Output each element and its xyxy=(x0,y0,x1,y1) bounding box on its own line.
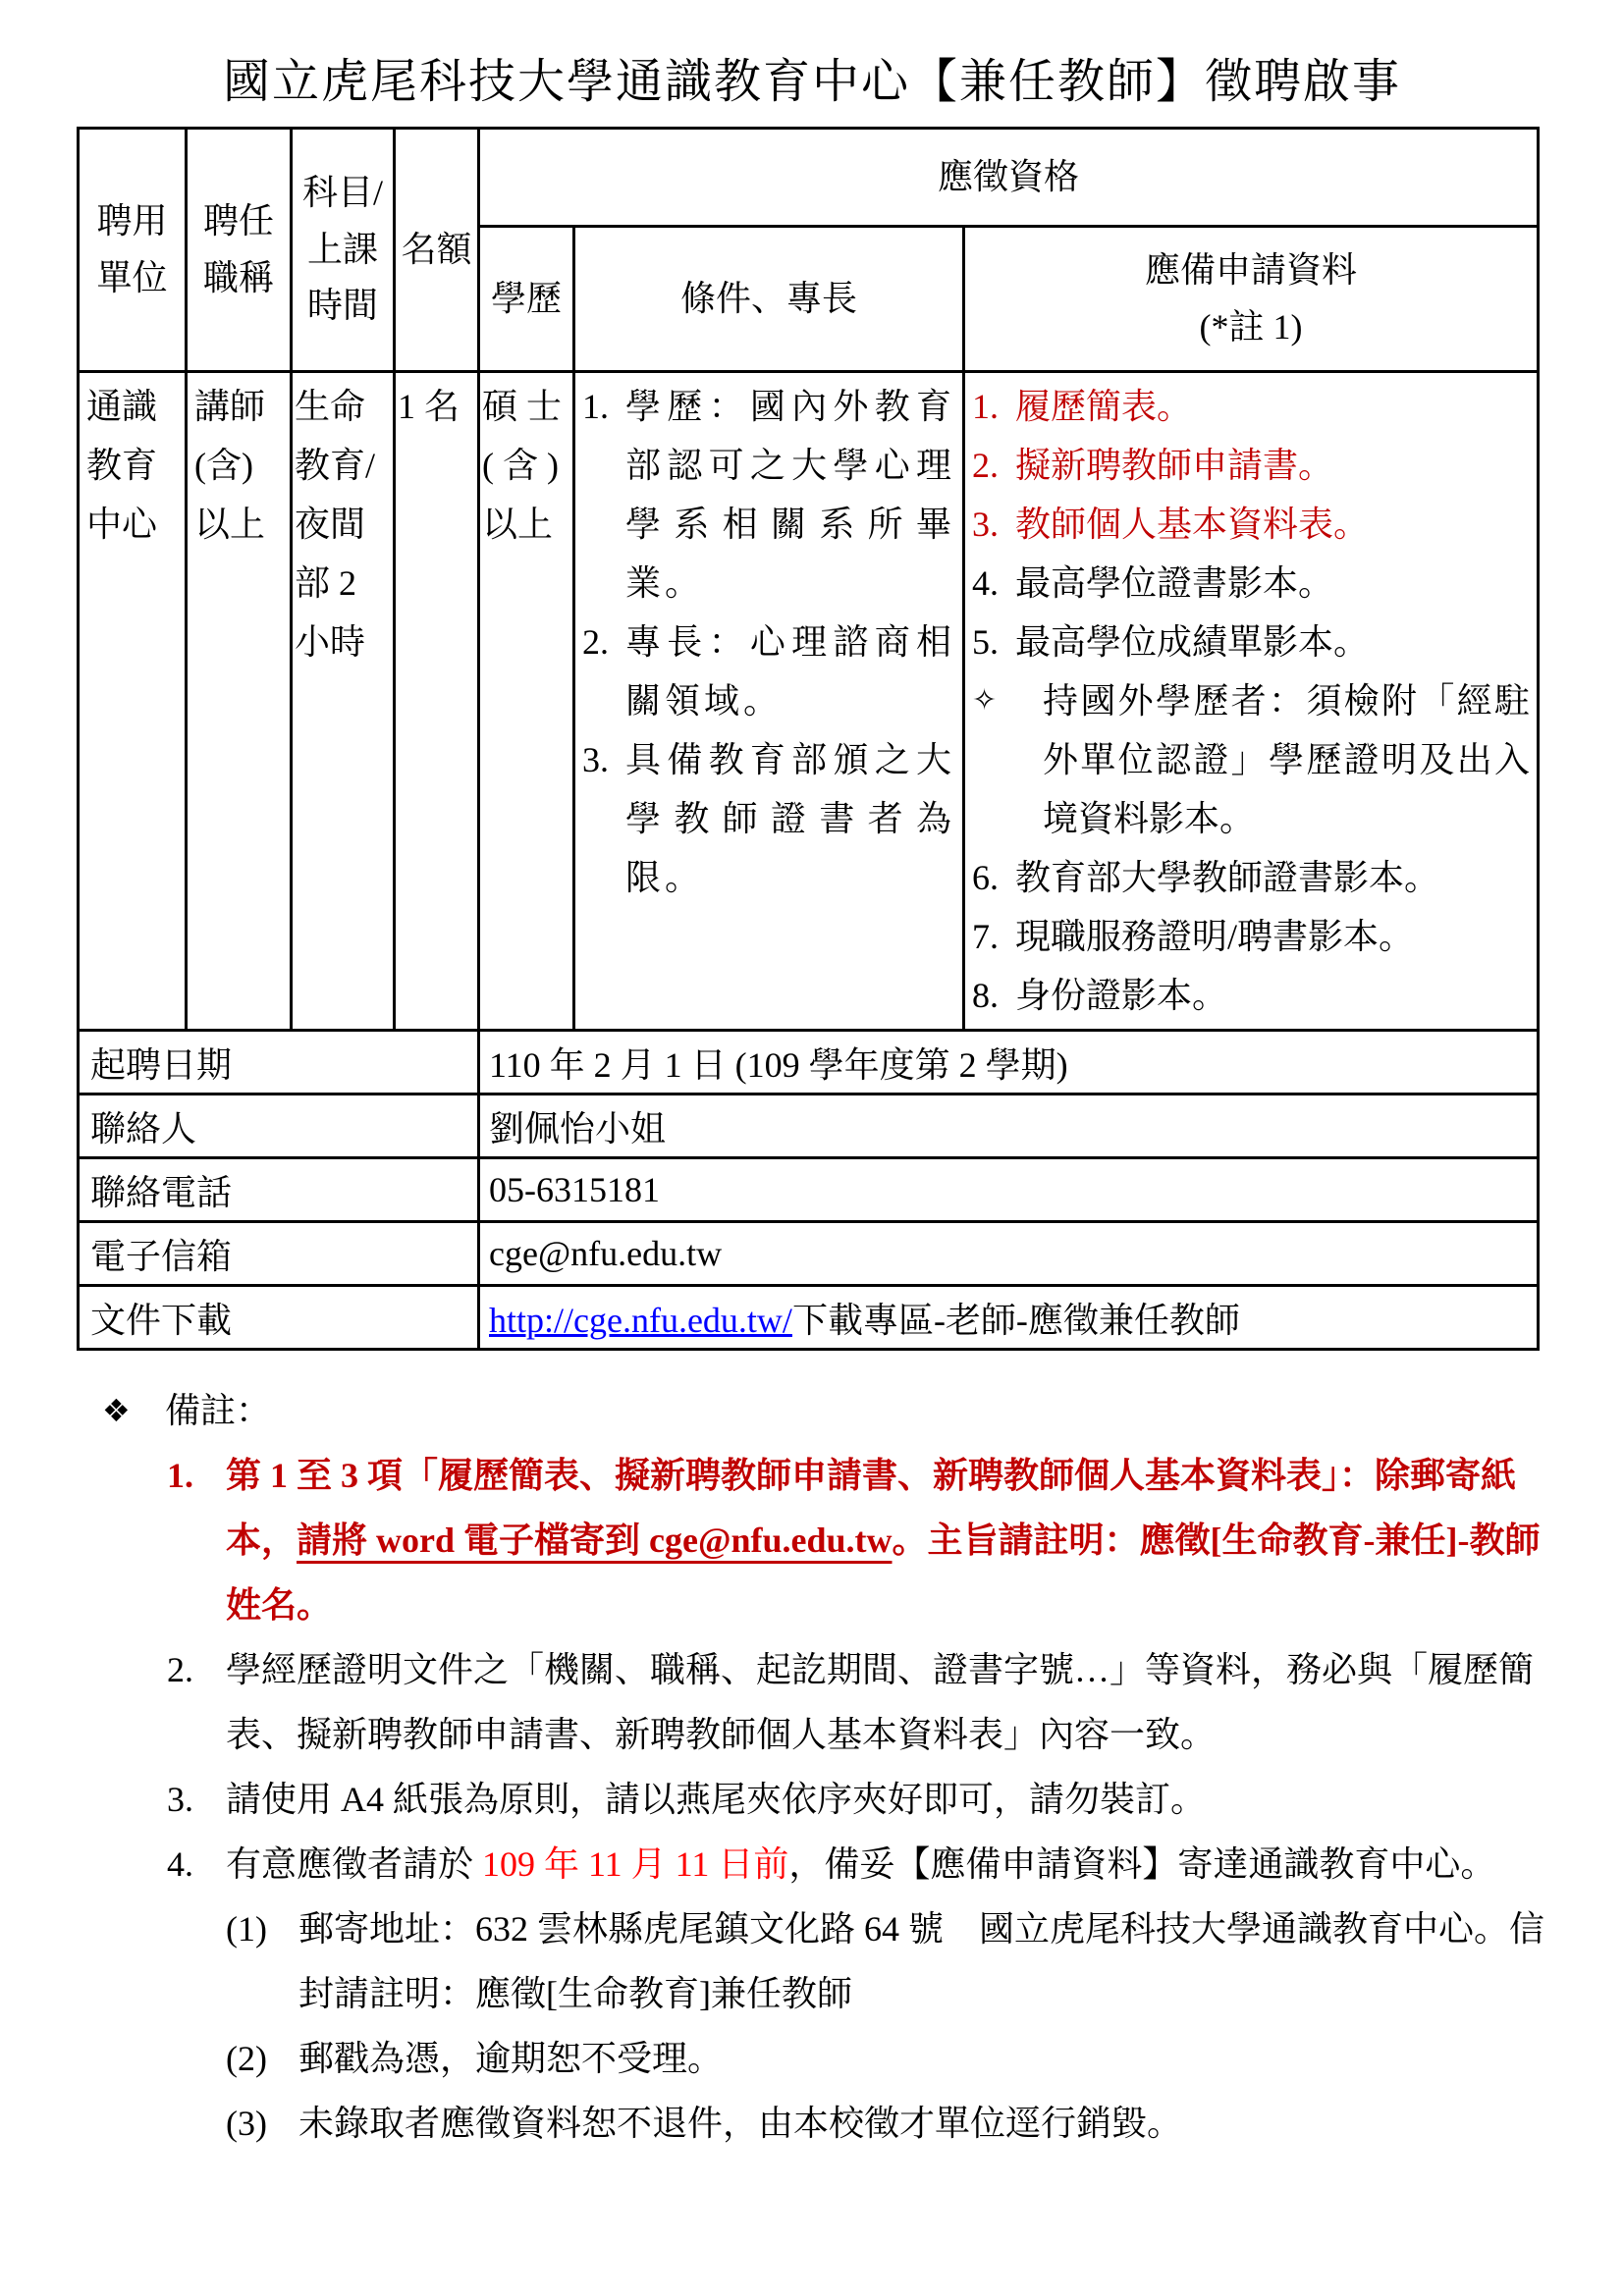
note-segment-deadline: 109 年 11 月 11 日前 xyxy=(482,1844,788,1884)
header-position-title: 聘任 職稱 xyxy=(187,129,292,372)
note-text: 學經歷證明文件之「機關、職稱、起訖期間、證書字號…」等資料，務必與「履歷簡表、擬… xyxy=(226,1637,1553,1767)
document-item: 8. 身份證影本。 xyxy=(972,966,1530,1025)
condition-text: 專長：心理諮商相關領域。 xyxy=(625,613,955,730)
note-text: 有意應徵者請於 109 年 11 月 11 日前，備妥【應備申請資料】寄達通識教… xyxy=(226,1832,1553,1896)
vacancy-row: 通識 教育 中心 講師 (含) 以上 生命 教育/ 夜間 部 2 小時 1 名 … xyxy=(79,372,1539,1031)
condition-item: 1. 學歷：國內外教育部認可之大學心理學系相關系所畢業。 xyxy=(582,377,955,613)
note-segment-underlined-email: 請將 word 電子檔寄到 cge@nfu.edu.tw xyxy=(297,1521,892,1560)
subnote-text: 郵寄地址：632 雲林縣虎尾鎮文化路 64 號 國立虎尾科技大學通識教育中心。信… xyxy=(298,1896,1553,2026)
note-item-1: 1. 第 1 至 3 項「履歷簡表、擬新聘教師申請書、新聘教師個人基本資料表」：… xyxy=(167,1443,1553,1637)
document-number: 4. xyxy=(972,554,1015,613)
note-subitem-3: (3) 未錄取者應徵資料恕不退件，由本校徵才單位逕行銷毀。 xyxy=(226,2091,1553,2156)
condition-item: 3. 具備教育部頒之大學教師證書者為限。 xyxy=(582,730,955,907)
info-value: 劉佩怡小姐 xyxy=(479,1095,1539,1158)
subnote-number: (3) xyxy=(226,2091,298,2156)
info-label: 起聘日期 xyxy=(79,1031,479,1095)
document-item: 6. 教育部大學教師證書影本。 xyxy=(972,848,1530,907)
header-qualification: 應徵資格 xyxy=(479,129,1539,227)
document-number: 1. xyxy=(972,377,1015,436)
document-text: 最高學位證書影本。 xyxy=(1015,554,1530,613)
document-text: 持國外學歷者：須檢附「經駐外單位認證」學歷證明及出入境資料影本。 xyxy=(1043,671,1530,848)
header-education: 學歷 xyxy=(479,227,574,372)
cell-education: 碩 士 ( 含 ) 以上 xyxy=(479,372,574,1031)
header-hiring-unit: 聘用 單位 xyxy=(79,129,187,372)
info-label: 文件下載 xyxy=(79,1286,479,1350)
header-conditions: 條件、專長 xyxy=(574,227,964,372)
document-page: 國立虎尾科技大學通識教育中心【兼任教師】徵聘啟事 聘用 單位 聘任 職稱 科目/… xyxy=(0,0,1624,2296)
condition-number: 3. xyxy=(582,730,625,907)
subnote-text: 郵戳為憑，逾期恕不受理。 xyxy=(298,2026,1553,2091)
info-value: http://cge.nfu.edu.tw/下載專區-老師-應徵兼任教師 xyxy=(479,1286,1539,1350)
condition-item: 2. 專長：心理諮商相關領域。 xyxy=(582,613,955,730)
info-label: 聯絡電話 xyxy=(79,1158,479,1222)
header-required-documents-line1: 應備申請資料 xyxy=(972,242,1530,299)
cell-hiring-unit: 通識 教育 中心 xyxy=(79,372,187,1031)
subnote-text: 未錄取者應徵資料恕不退件，由本校徵才單位逕行銷毀。 xyxy=(298,2091,1553,2156)
document-number: 7. xyxy=(972,907,1015,966)
header-required-documents: 應備申請資料 (*註 1) xyxy=(964,227,1539,372)
download-link-suffix: 下載專區-老師-應徵兼任教師 xyxy=(792,1301,1240,1340)
cell-conditions: 1. 學歷：國內外教育部認可之大學心理學系相關系所畢業。 2. 專長：心理諮商相… xyxy=(574,372,964,1031)
document-text: 擬新聘教師申請書。 xyxy=(1015,436,1530,495)
document-item: 7. 現職服務證明/聘書影本。 xyxy=(972,907,1530,966)
notes-section: ❖ 備註： 1. 第 1 至 3 項「履歷簡表、擬新聘教師申請書、新聘教師個人基… xyxy=(77,1378,1553,2156)
note-number: 2. xyxy=(167,1637,226,1767)
condition-number: 2. xyxy=(582,613,625,730)
info-row-contact-person: 聯絡人 劉佩怡小姐 xyxy=(79,1095,1539,1158)
document-number: 6. xyxy=(972,848,1015,907)
notes-bullet-icon: ❖ xyxy=(77,1378,165,1443)
note-number: 1. xyxy=(167,1443,226,1637)
document-text: 履歷簡表。 xyxy=(1015,377,1530,436)
header-row-1: 聘用 單位 聘任 職稱 科目/ 上課 時間 名額 應徵資格 xyxy=(79,129,1539,227)
diamond-bullet-icon: ✧ xyxy=(972,671,1043,848)
document-text: 教育部大學教師證書影本。 xyxy=(1015,848,1530,907)
note-number: 4. xyxy=(167,1832,226,1896)
info-row-email: 電子信箱 cge@nfu.edu.tw xyxy=(79,1222,1539,1286)
header-required-documents-line2: (*註 1) xyxy=(972,299,1530,356)
cell-subject-time: 生命 教育/ 夜間 部 2 小時 xyxy=(292,372,395,1031)
document-item: 1. 履歷簡表。 xyxy=(972,377,1530,436)
cell-position-title: 講師 (含) 以上 xyxy=(187,372,292,1031)
document-text: 身份證影本。 xyxy=(1015,966,1530,1025)
info-label: 聯絡人 xyxy=(79,1095,479,1158)
condition-text: 具備教育部頒之大學教師證書者為限。 xyxy=(625,730,955,907)
info-row-download: 文件下載 http://cge.nfu.edu.tw/下載專區-老師-應徵兼任教… xyxy=(79,1286,1539,1350)
header-subject-time: 科目/ 上課 時間 xyxy=(292,129,395,372)
info-value: 05-6315181 xyxy=(479,1158,1539,1222)
document-number: 8. xyxy=(972,966,1015,1025)
document-item: 4. 最高學位證書影本。 xyxy=(972,554,1530,613)
document-item: 3. 教師個人基本資料表。 xyxy=(972,495,1530,554)
cell-quota: 1 名 xyxy=(395,372,479,1031)
subnote-number: (1) xyxy=(226,1896,298,2026)
document-text: 最高學位成績單影本。 xyxy=(1015,613,1530,671)
note-subitem-1: (1) 郵寄地址：632 雲林縣虎尾鎮文化路 64 號 國立虎尾科技大學通識教育… xyxy=(226,1896,1553,2026)
subnote-number: (2) xyxy=(226,2026,298,2091)
note-segment: ，備妥【應備申請資料】寄達通識教育中心。 xyxy=(788,1844,1495,1884)
document-item-foreign-degree: ✧ 持國外學歷者：須檢附「經駐外單位認證」學歷證明及出入境資料影本。 xyxy=(972,671,1530,848)
note-subitem-2: (2) 郵戳為憑，逾期恕不受理。 xyxy=(226,2026,1553,2091)
download-link[interactable]: http://cge.nfu.edu.tw/ xyxy=(489,1301,792,1340)
document-text: 教師個人基本資料表。 xyxy=(1015,495,1530,554)
info-value: cge@nfu.edu.tw xyxy=(479,1222,1539,1286)
note-text: 第 1 至 3 項「履歷簡表、擬新聘教師申請書、新聘教師個人基本資料表」：除郵寄… xyxy=(226,1443,1553,1637)
info-row-phone: 聯絡電話 05-6315181 xyxy=(79,1158,1539,1222)
notes-heading-text: 備註： xyxy=(165,1378,1553,1443)
header-quota: 名額 xyxy=(395,129,479,372)
document-number: 3. xyxy=(972,495,1015,554)
page-title: 國立虎尾科技大學通識教育中心【兼任教師】徵聘啟事 xyxy=(0,0,1624,111)
info-label: 電子信箱 xyxy=(79,1222,479,1286)
cell-required-documents: 1. 履歷簡表。 2. 擬新聘教師申請書。 3. 教師個人基本資料表。 4. 最… xyxy=(964,372,1539,1031)
note-segment: 有意應徵者請於 xyxy=(226,1844,482,1884)
document-number: 5. xyxy=(972,613,1015,671)
note-item-4: 4. 有意應徵者請於 109 年 11 月 11 日前，備妥【應備申請資料】寄達… xyxy=(167,1832,1553,1896)
note-number: 3. xyxy=(167,1767,226,1832)
info-value: 110 年 2 月 1 日 (109 學年度第 2 學期) xyxy=(479,1031,1539,1095)
note-item-3: 3. 請使用 A4 紙張為原則，請以燕尾夾依序夾好即可，請勿裝訂。 xyxy=(167,1767,1553,1832)
document-text: 現職服務證明/聘書影本。 xyxy=(1015,907,1530,966)
document-item: 2. 擬新聘教師申請書。 xyxy=(972,436,1530,495)
recruitment-table: 聘用 單位 聘任 職稱 科目/ 上課 時間 名額 應徵資格 學歷 條件、專長 應… xyxy=(77,127,1540,1351)
note-text: 請使用 A4 紙張為原則，請以燕尾夾依序夾好即可，請勿裝訂。 xyxy=(226,1767,1553,1832)
notes-heading: ❖ 備註： xyxy=(77,1378,1553,1443)
condition-number: 1. xyxy=(582,377,625,613)
document-item: 5. 最高學位成績單影本。 xyxy=(972,613,1530,671)
note-item-2: 2. 學經歷證明文件之「機關、職稱、起訖期間、證書字號…」等資料，務必與「履歷簡… xyxy=(167,1637,1553,1767)
condition-text: 學歷：國內外教育部認可之大學心理學系相關系所畢業。 xyxy=(625,377,955,613)
info-row-start-date: 起聘日期 110 年 2 月 1 日 (109 學年度第 2 學期) xyxy=(79,1031,1539,1095)
document-number: 2. xyxy=(972,436,1015,495)
